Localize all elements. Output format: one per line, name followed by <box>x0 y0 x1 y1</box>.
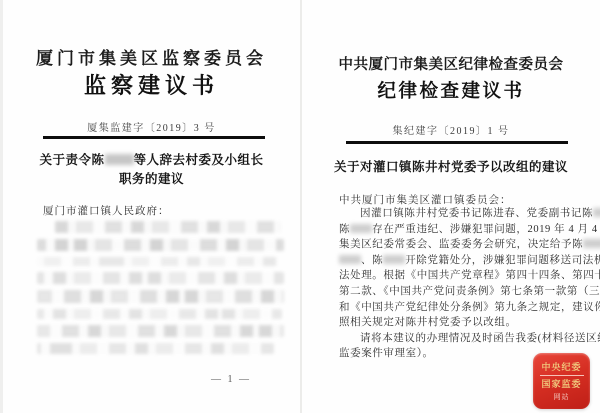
left-redacted-body <box>37 221 284 360</box>
left-issuing-org: 厦门市集美区监察委员会 <box>3 44 300 69</box>
badge-divider <box>540 375 584 376</box>
document-text-line: 和《中国共产党纪律处分条例》第九条之规定，建议你委依 <box>339 300 582 316</box>
right-document-page: 中共厦门市集美区纪律检查委员会 纪律检查建议书 集纪建字〔2019〕1 号 关于… <box>300 0 600 413</box>
right-header-rule <box>346 141 568 144</box>
right-issuing-org: 中共厦门市集美区纪律检查委员会 <box>302 53 600 74</box>
document-text-line: 关于责令陈等人辞去村委及小组长 <box>17 151 286 170</box>
document-text-line: 陈存在严重违纪、涉嫌犯罪问题，2019 年 4 月 4 日，经 <box>339 222 582 238</box>
document-text-line: 、陈开除党籍处分，涉嫌犯罪问题移送司法机关依 <box>339 253 582 269</box>
right-document-body: 因灌口镇陈井村党委书记陈进春、党委副书记陈、陈存在严重违纪、涉嫌犯罪问题，201… <box>339 206 582 362</box>
redacted-text-block <box>37 325 284 337</box>
redacted-name <box>350 224 372 233</box>
document-text-line: 关于对灌口镇陈井村党委予以改组的建议 <box>316 158 586 177</box>
redacted-name <box>383 255 405 264</box>
redacted-text-block <box>37 257 277 266</box>
redacted-name <box>105 154 134 165</box>
document-text-line: 照相关规定对陈井村党委予以改组。 <box>339 315 582 331</box>
badge-line-1: 中央纪委 <box>541 361 581 373</box>
redacted-name <box>583 239 600 248</box>
document-text-line: 法处理。根据《中国共产党章程》第四十四条、第四十六条 <box>339 268 582 284</box>
redacted-text-block <box>55 221 282 233</box>
document-text-line: 职务的建议 <box>17 170 286 189</box>
left-salutation: 厦门市灌口镇人民政府： <box>43 203 170 218</box>
left-header-rule <box>43 136 265 139</box>
left-page-number: — 1 — <box>211 374 251 385</box>
redacted-text-block <box>37 239 284 251</box>
right-document-number: 集纪建字〔2019〕1 号 <box>302 122 600 137</box>
badge-line-3: 网站 <box>554 393 570 401</box>
redacted-text-block <box>37 343 274 354</box>
document-text-line: 请将本建议的办理情况及时函告我委(材料径送区纪委 <box>339 331 582 347</box>
left-document-type: 监察建议书 <box>3 69 300 100</box>
redacted-text-block <box>37 290 284 303</box>
left-document-page: 厦门市集美区监察委员会 监察建议书 厦集监建字〔2019〕3 号 关于责令陈等人… <box>0 0 300 413</box>
badge-line-2: 国家监委 <box>541 378 581 390</box>
left-document-title: 关于责令陈等人辞去村委及小组长职务的建议 <box>17 151 286 189</box>
right-salutation: 中共厦门市集美区灌口镇委员会： <box>339 192 512 207</box>
redacted-text-block <box>37 309 282 319</box>
document-spread: 厦门市集美区监察委员会 监察建议书 厦集监建字〔2019〕3 号 关于责令陈等人… <box>0 0 600 413</box>
document-text-line: 集美区纪委常委会、监委委务会研究，决定给予陈、陈 <box>339 237 582 253</box>
right-document-title: 关于对灌口镇陈井村党委予以改组的建议 <box>316 158 586 177</box>
left-document-number: 厦集监建字〔2019〕3 号 <box>3 119 300 134</box>
ccdi-website-watermark-badge: 中央纪委 国家监委 网站 <box>533 353 590 409</box>
redacted-name <box>339 255 361 264</box>
document-text-line: 因灌口镇陈井村党委书记陈进春、党委副书记陈、 <box>339 206 582 222</box>
redacted-name <box>593 208 600 217</box>
document-text-line: 第二款、《中国共产党问责条例》第七条第一款第（三）项 <box>339 284 582 300</box>
right-document-type: 纪律检查建议书 <box>302 77 600 103</box>
redacted-text-block <box>37 272 284 284</box>
